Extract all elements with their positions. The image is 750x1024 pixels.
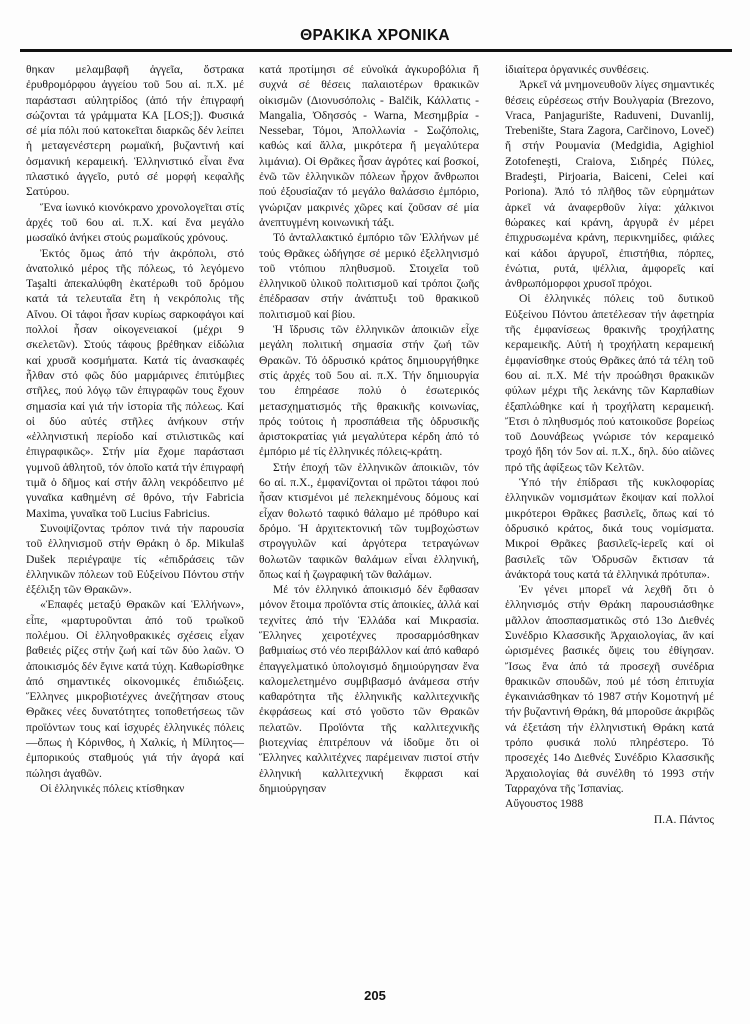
article-date: Αὔγουστος 1988 bbox=[505, 796, 714, 811]
paragraph: Ἐν γένει μπορεῖ νά λεχθῆ ὅτι ὁ ἑλληνισμό… bbox=[505, 582, 714, 796]
paragraph: Στήν ἐποχή τῶν ἑλληνικῶν ἀποικιῶν, τόν 6… bbox=[259, 460, 479, 582]
paragraph: κατά προτίμησι σέ εὐνοϊκά ἀγκυροβόλια ἤ … bbox=[259, 62, 479, 230]
paragraph: Ἀρκεῖ νά μνημονευθοῦν λίγες σημαντικές θ… bbox=[505, 77, 714, 291]
header-rule bbox=[20, 49, 732, 52]
paragraph: ἰδιαίτερα ὀργανικές συνθέσεις. bbox=[505, 62, 714, 77]
running-header-title: ΘΡΑΚΙΚΑ ΧΡΟΝΙΚΑ bbox=[0, 27, 750, 45]
paragraph: Οἱ ἑλληνικές πόλεις κτίσθηκαν bbox=[26, 781, 244, 796]
paragraph: θηκαν μελαμβαφῆ ἀγγεῖα, ὄστρακα ἐρυθρομό… bbox=[26, 62, 244, 200]
paragraph: Ὑπό τήν ἐπίδρασι τῆς κυκλοφορίας ἑλληνικ… bbox=[505, 475, 714, 582]
paragraph: Οἱ ἑλληνικές πόλεις τοῦ δυτικοῦ Εὐξείνου… bbox=[505, 291, 714, 475]
paragraph: Τό ἀνταλλακτικό ἐμπόριο τῶν Ἑλλήνων μέ τ… bbox=[259, 230, 479, 322]
paragraph: «Ἐπαφές μεταξύ Θρακῶν καί Ἑλλήνων», εἶπε… bbox=[26, 597, 244, 781]
text-column-2: κατά προτίμησι σέ εὐνοϊκά ἀγκυροβόλια ἤ … bbox=[259, 62, 479, 796]
paragraph: Μέ τόν ἑλληνικό ἀποικισμό δέν ἔφθασαν μό… bbox=[259, 582, 479, 796]
text-column-3: ἰδιαίτερα ὀργανικές συνθέσεις. Ἀρκεῖ νά … bbox=[505, 62, 714, 827]
paragraph: Συνοψίζοντας τρόπον τινά τήν παρουσία το… bbox=[26, 521, 244, 597]
paragraph: Ἕνα ἰωνικό κιονόκρανο χρονολογεῖται στίς… bbox=[26, 200, 244, 246]
paragraph: Ἐκτός ὅμως ἀπό τήν ἀκρόπολι, στό ἀνατολι… bbox=[26, 246, 244, 521]
page-number: 205 bbox=[0, 988, 750, 1003]
article-author: Π.Α. Πάντος bbox=[505, 812, 714, 827]
document-page: ΘΡΑΚΙΚΑ ΧΡΟΝΙΚΑ θηκαν μελαμβαφῆ ἀγγεῖα, … bbox=[0, 0, 750, 1024]
paragraph: Ἡ ἵδρυσις τῶν ἑλληνικῶν ἀποικιῶν εἶχε με… bbox=[259, 322, 479, 460]
text-column-1: θηκαν μελαμβαφῆ ἀγγεῖα, ὄστρακα ἐρυθρομό… bbox=[26, 62, 244, 796]
